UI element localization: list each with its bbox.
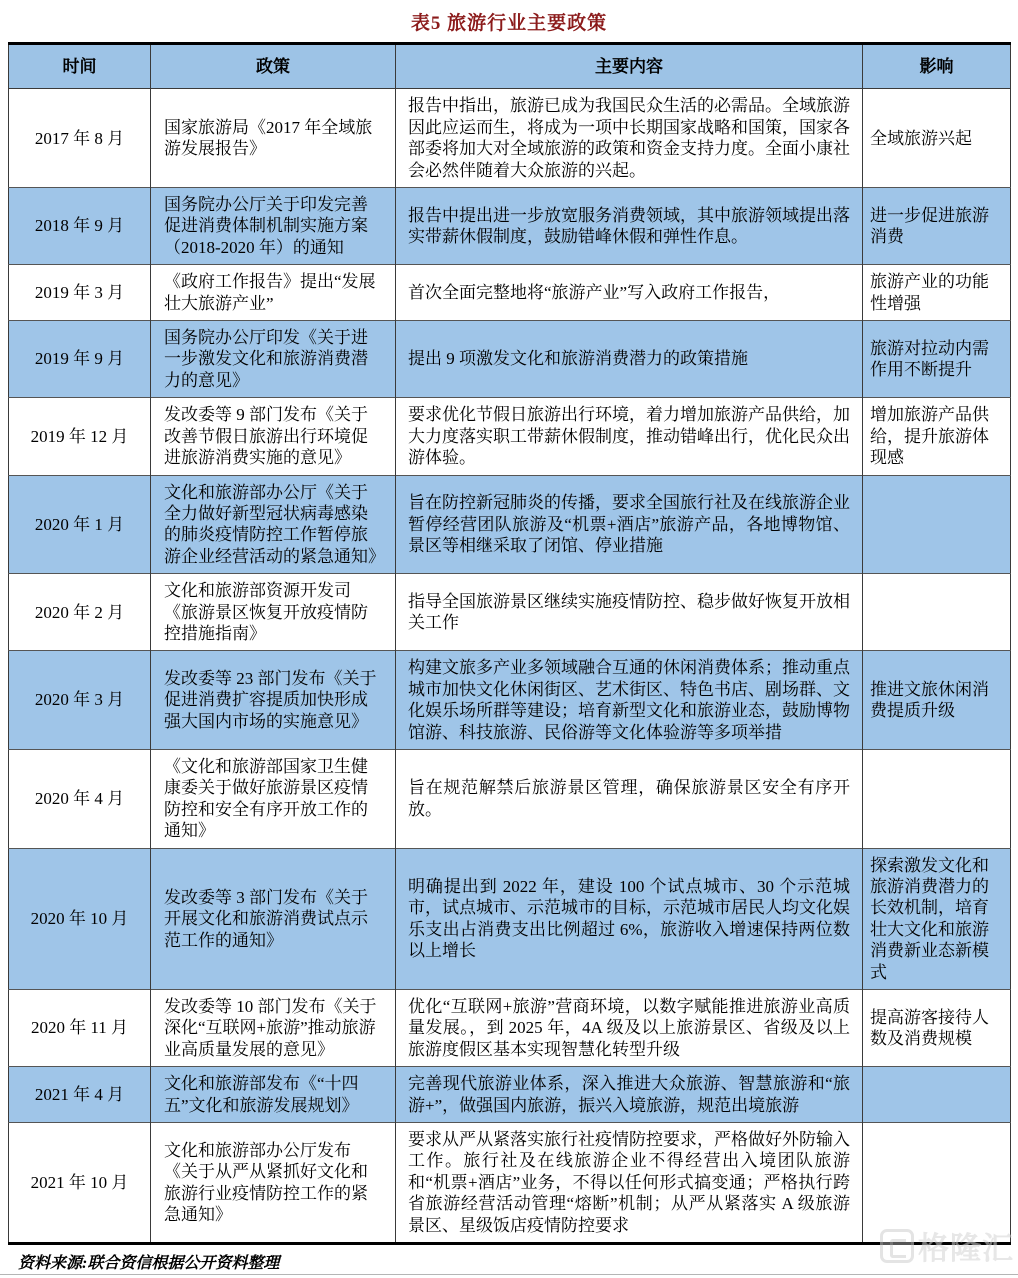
cell-time: 2020 年 10 月 — [9, 848, 151, 989]
table-row: 2018 年 9 月 国务院办公厅关于印发完善促进消费体制机制实施方案（2018… — [9, 188, 1011, 265]
cell-policy: 文化和旅游部发布《“十四五”文化和旅游发展规划》 — [151, 1067, 396, 1123]
table-row: 2020 年 1 月 文化和旅游部办公厅《关于全力做好新型冠状病毒感染的肺炎疫情… — [9, 475, 1011, 574]
cell-time: 2020 年 1 月 — [9, 475, 151, 574]
table-title: 表5 旅游行业主要政策 — [8, 6, 1010, 42]
cell-policy: 国务院办公厅关于印发完善促进消费体制机制实施方案（2018-2020 年）的通知 — [151, 188, 396, 265]
table-row: 2019 年 12 月 发改委等 9 部门发布《关于改善节假日旅游出行环境促进旅… — [9, 398, 1011, 475]
cell-time: 2020 年 4 月 — [9, 749, 151, 848]
cell-main: 报告中提出进一步放宽服务消费领域，其中旅游领域提出落实带薪休假制度，鼓励错峰休假… — [396, 188, 863, 265]
table-row: 2020 年 11 月 发改委等 10 部门发布《关于深化“互联网+旅游”推动旅… — [9, 990, 1011, 1067]
table-row: 2019 年 9 月 国务院办公厅印发《关于进一步激发文化和旅游消费潜力的意见》… — [9, 321, 1011, 398]
table-row: 2021 年 4 月 文化和旅游部发布《“十四五”文化和旅游发展规划》 完善现代… — [9, 1067, 1011, 1123]
cell-time: 2020 年 2 月 — [9, 574, 151, 651]
table-row: 2019 年 3 月 《政府工作报告》提出“发展壮大旅游产业” 首次全面完整地将… — [9, 265, 1011, 321]
cell-main: 要求优化节假日旅游出行环境，着力增加旅游产品供给，加大力度落实职工带薪休假制度，… — [396, 398, 863, 475]
table-row: 2017 年 8 月 国家旅游局《2017 年全域旅游发展报告》 报告中指出，旅… — [9, 89, 1011, 188]
cell-main: 指导全国旅游景区继续实施疫情防控、稳步做好恢复开放相关工作 — [396, 574, 863, 651]
cell-time: 2020 年 3 月 — [9, 651, 151, 750]
cell-time: 2019 年 12 月 — [9, 398, 151, 475]
cell-main: 完善现代旅游业体系，深入推进大众旅游、智慧旅游和“旅游+”，做强国内旅游，振兴入… — [396, 1067, 863, 1123]
cell-policy: 发改委等 9 部门发布《关于改善节假日旅游出行环境促进旅游消费实施的意见》 — [151, 398, 396, 475]
cell-impact: 推进文旅休闲消费提质升级 — [863, 651, 1011, 750]
cell-time: 2018 年 9 月 — [9, 188, 151, 265]
cell-impact — [863, 475, 1011, 574]
cell-policy: 国务院办公厅印发《关于进一步激发文化和旅游消费潜力的意见》 — [151, 321, 396, 398]
cell-main: 优化“互联网+旅游”营商环境，以数字赋能推进旅游业高质量发展。，到 2025 年… — [396, 990, 863, 1067]
table-body: 2017 年 8 月 国家旅游局《2017 年全域旅游发展报告》 报告中指出，旅… — [9, 89, 1011, 1244]
cell-main: 报告中指出，旅游已成为我国民众生活的必需品。全域旅游因此应运而生，将成为一项中长… — [396, 89, 863, 188]
header-row: 时间 政策 主要内容 影响 — [9, 44, 1011, 89]
cell-time: 2021 年 4 月 — [9, 1067, 151, 1123]
cell-time: 2017 年 8 月 — [9, 89, 151, 188]
cell-main: 提出 9 项激发文化和旅游消费潜力的政策措施 — [396, 321, 863, 398]
cell-policy: 《文化和旅游部国家卫生健康委关于做好旅游景区疫情防控和安全有序开放工作的通知》 — [151, 749, 396, 848]
cell-policy: 文化和旅游部办公厅发布《关于从严从紧抓好文化和旅游行业疫情防控工作的紧急通知》 — [151, 1123, 396, 1244]
cell-policy: 文化和旅游部办公厅《关于全力做好新型冠状病毒感染的肺炎疫情防控工作暂停旅游企业经… — [151, 475, 396, 574]
policy-table: 时间 政策 主要内容 影响 2017 年 8 月 国家旅游局《2017 年全域旅… — [8, 42, 1011, 1245]
cell-impact: 增加旅游产品供给，提升旅游体现感 — [863, 398, 1011, 475]
cell-main: 要求从严从紧落实旅行社疫情防控要求，严格做好外防输入工作。旅行社及在线旅游企业不… — [396, 1123, 863, 1244]
cell-time: 2021 年 10 月 — [9, 1123, 151, 1244]
table-row: 2020 年 10 月 发改委等 3 部门发布《关于开展文化和旅游消费试点示范工… — [9, 848, 1011, 989]
table-row: 2020 年 3 月 发改委等 23 部门发布《关于促进消费扩容提质加快形成强大… — [9, 651, 1011, 750]
column-header-impact: 影响 — [863, 44, 1011, 89]
report-page: 表5 旅游行业主要政策 时间 政策 主要内容 影响 2017 年 8 月 国家旅… — [0, 0, 1018, 1273]
column-header-time: 时间 — [9, 44, 151, 89]
column-header-main: 主要内容 — [396, 44, 863, 89]
cell-time: 2019 年 9 月 — [9, 321, 151, 398]
cell-main: 旨在规范解禁后旅游景区管理，确保旅游景区安全有序开放。 — [396, 749, 863, 848]
table-row: 2021 年 10 月 文化和旅游部办公厅发布《关于从严从紧抓好文化和旅游行业疫… — [9, 1123, 1011, 1244]
cell-policy: 《政府工作报告》提出“发展壮大旅游产业” — [151, 265, 396, 321]
cell-impact — [863, 574, 1011, 651]
cell-impact: 进一步促进旅游消费 — [863, 188, 1011, 265]
cell-main: 明确提出到 2022 年，建设 100 个试点城市、30 个示范城市，试点城市、… — [396, 848, 863, 989]
cell-impact — [863, 749, 1011, 848]
table-row: 2020 年 2 月 文化和旅游部资源开发司《旅游景区恢复开放疫情防控措施指南》… — [9, 574, 1011, 651]
cell-impact — [863, 1067, 1011, 1123]
cell-impact — [863, 1123, 1011, 1244]
cell-policy: 发改委等 3 部门发布《关于开展文化和旅游消费试点示范工作的通知》 — [151, 848, 396, 989]
cell-policy: 国家旅游局《2017 年全域旅游发展报告》 — [151, 89, 396, 188]
cell-main: 旨在防控新冠肺炎的传播，要求全国旅行社及在线旅游企业暂停经营团队旅游及“机票+酒… — [396, 475, 863, 574]
cell-policy: 文化和旅游部资源开发司《旅游景区恢复开放疫情防控措施指南》 — [151, 574, 396, 651]
column-header-policy: 政策 — [151, 44, 396, 89]
table-row: 2020 年 4 月 《文化和旅游部国家卫生健康委关于做好旅游景区疫情防控和安全… — [9, 749, 1011, 848]
cell-policy: 发改委等 23 部门发布《关于促进消费扩容提质加快形成强大国内市场的实施意见》 — [151, 651, 396, 750]
cell-time: 2020 年 11 月 — [9, 990, 151, 1067]
page-bottom-divider — [0, 1274, 1018, 1275]
cell-policy: 发改委等 10 部门发布《关于深化“互联网+旅游”推动旅游业高质量发展的意见》 — [151, 990, 396, 1067]
cell-main: 首次全面完整地将“旅游产业”写入政府工作报告， — [396, 265, 863, 321]
cell-impact: 旅游对拉动内需作用不断提升 — [863, 321, 1011, 398]
cell-impact: 提高游客接待人数及消费规模 — [863, 990, 1011, 1067]
cell-impact: 全域旅游兴起 — [863, 89, 1011, 188]
cell-main: 构建文旅多产业多领域融合互通的休闲消费体系；推动重点城市加快文化休闲街区、艺术街… — [396, 651, 863, 750]
cell-impact: 探索激发文化和旅游消费潜力的长效机制，培育壮大文化和旅游消费新业态新模式 — [863, 848, 1011, 989]
cell-impact: 旅游产业的功能性增强 — [863, 265, 1011, 321]
table-header: 时间 政策 主要内容 影响 — [9, 44, 1011, 89]
source-note: 资料来源:联合资信根据公开资料整理 — [18, 1250, 1010, 1273]
cell-time: 2019 年 3 月 — [9, 265, 151, 321]
